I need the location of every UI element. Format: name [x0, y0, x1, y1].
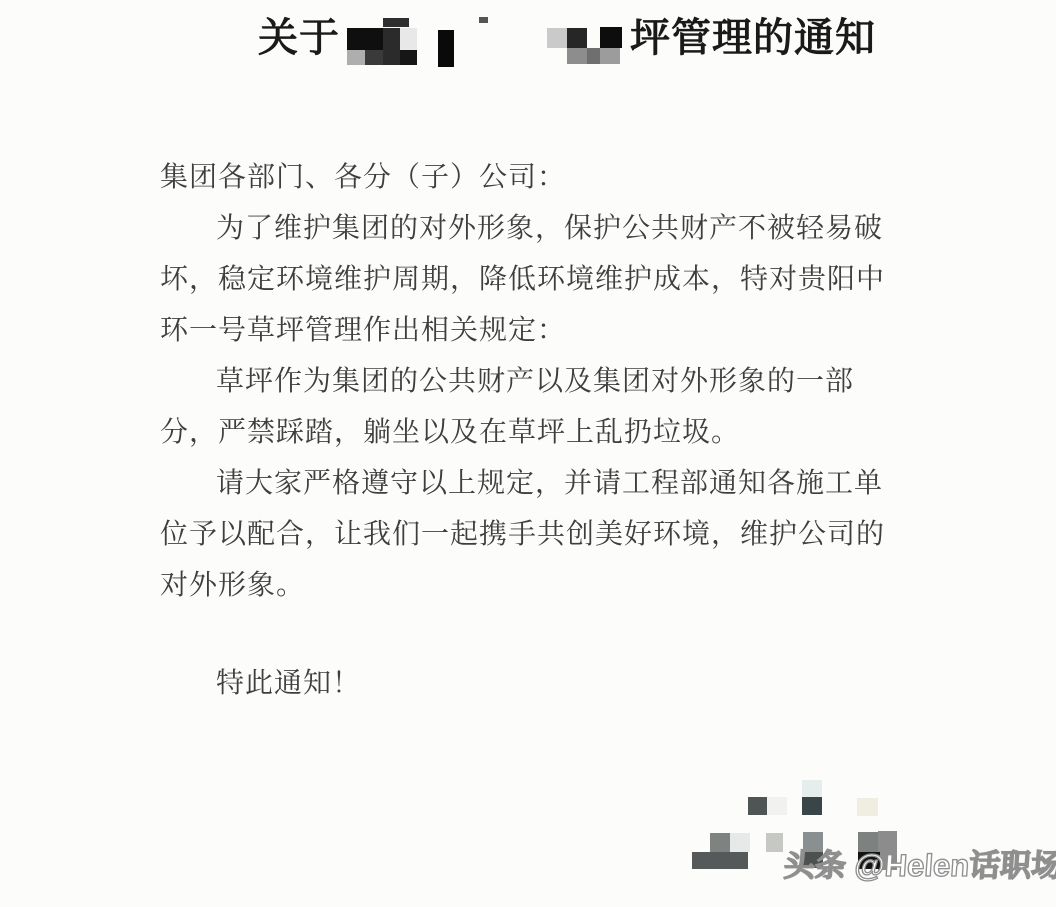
mosaic-block — [692, 852, 748, 869]
body-line: 位予以配合，让我们一起携手共创美好环境，维护公司的 — [160, 509, 900, 560]
notice-title-prefix: 关于 — [258, 12, 340, 64]
closing-line: 特此通知！ — [160, 658, 900, 709]
mosaic-block — [802, 780, 822, 797]
body-line: 坏，稳定环境维护周期，降低环境维护成本，特对贵阳中 — [160, 254, 900, 305]
mosaic-block — [567, 48, 587, 64]
mosaic-block — [400, 50, 417, 65]
notice-title-suffix: 坪管理的通知 — [630, 12, 876, 64]
body-line: 分，严禁踩踏，躺坐以及在草坪上乱扔垃圾。 — [160, 407, 900, 458]
watermark: 头条 @Helen话职场 — [783, 846, 1056, 886]
mosaic-block — [383, 28, 400, 65]
mosaic-block — [438, 30, 454, 67]
mosaic-block — [547, 28, 567, 48]
mosaic-block — [600, 27, 622, 48]
body-line: 草坪作为集团的公共财产以及集团对外形象的一部 — [160, 356, 900, 407]
notice-body: 集团各部门、各分（子）公司： 为了维护集团的对外形象，保护公共财产不被轻易破 坏… — [160, 152, 900, 709]
mosaic-block — [347, 28, 383, 50]
redacted-title-mosaic — [345, 12, 630, 70]
mosaic-block — [400, 28, 417, 50]
mosaic-block — [802, 797, 822, 815]
scanned-notice-document: 关于 坪管理的通知 集团各部门、各分（子）公司： 为了维护集团的对外形象，保护公… — [0, 0, 1056, 907]
salutation-line: 集团各部门、各分（子）公司： — [160, 152, 900, 203]
mosaic-block — [383, 18, 409, 27]
mosaic-block — [347, 50, 365, 65]
body-line: 对外形象。 — [160, 560, 900, 611]
mosaic-block — [587, 48, 600, 64]
mosaic-block — [365, 50, 383, 65]
mosaic-block — [710, 833, 730, 852]
mosaic-block — [730, 833, 750, 852]
mosaic-block — [748, 797, 767, 815]
mosaic-block — [857, 798, 878, 816]
mosaic-block — [600, 48, 620, 64]
body-line: 为了维护集团的对外形象，保护公共财产不被轻易破 — [160, 203, 900, 254]
mosaic-block — [766, 833, 783, 852]
body-line: 环一号草坪管理作出相关规定： — [160, 305, 900, 356]
body-line: 请大家严格遵守以上规定，并请工程部通知各施工单 — [160, 458, 900, 509]
mosaic-block — [479, 17, 488, 23]
mosaic-block — [767, 797, 787, 815]
mosaic-block — [567, 28, 587, 48]
